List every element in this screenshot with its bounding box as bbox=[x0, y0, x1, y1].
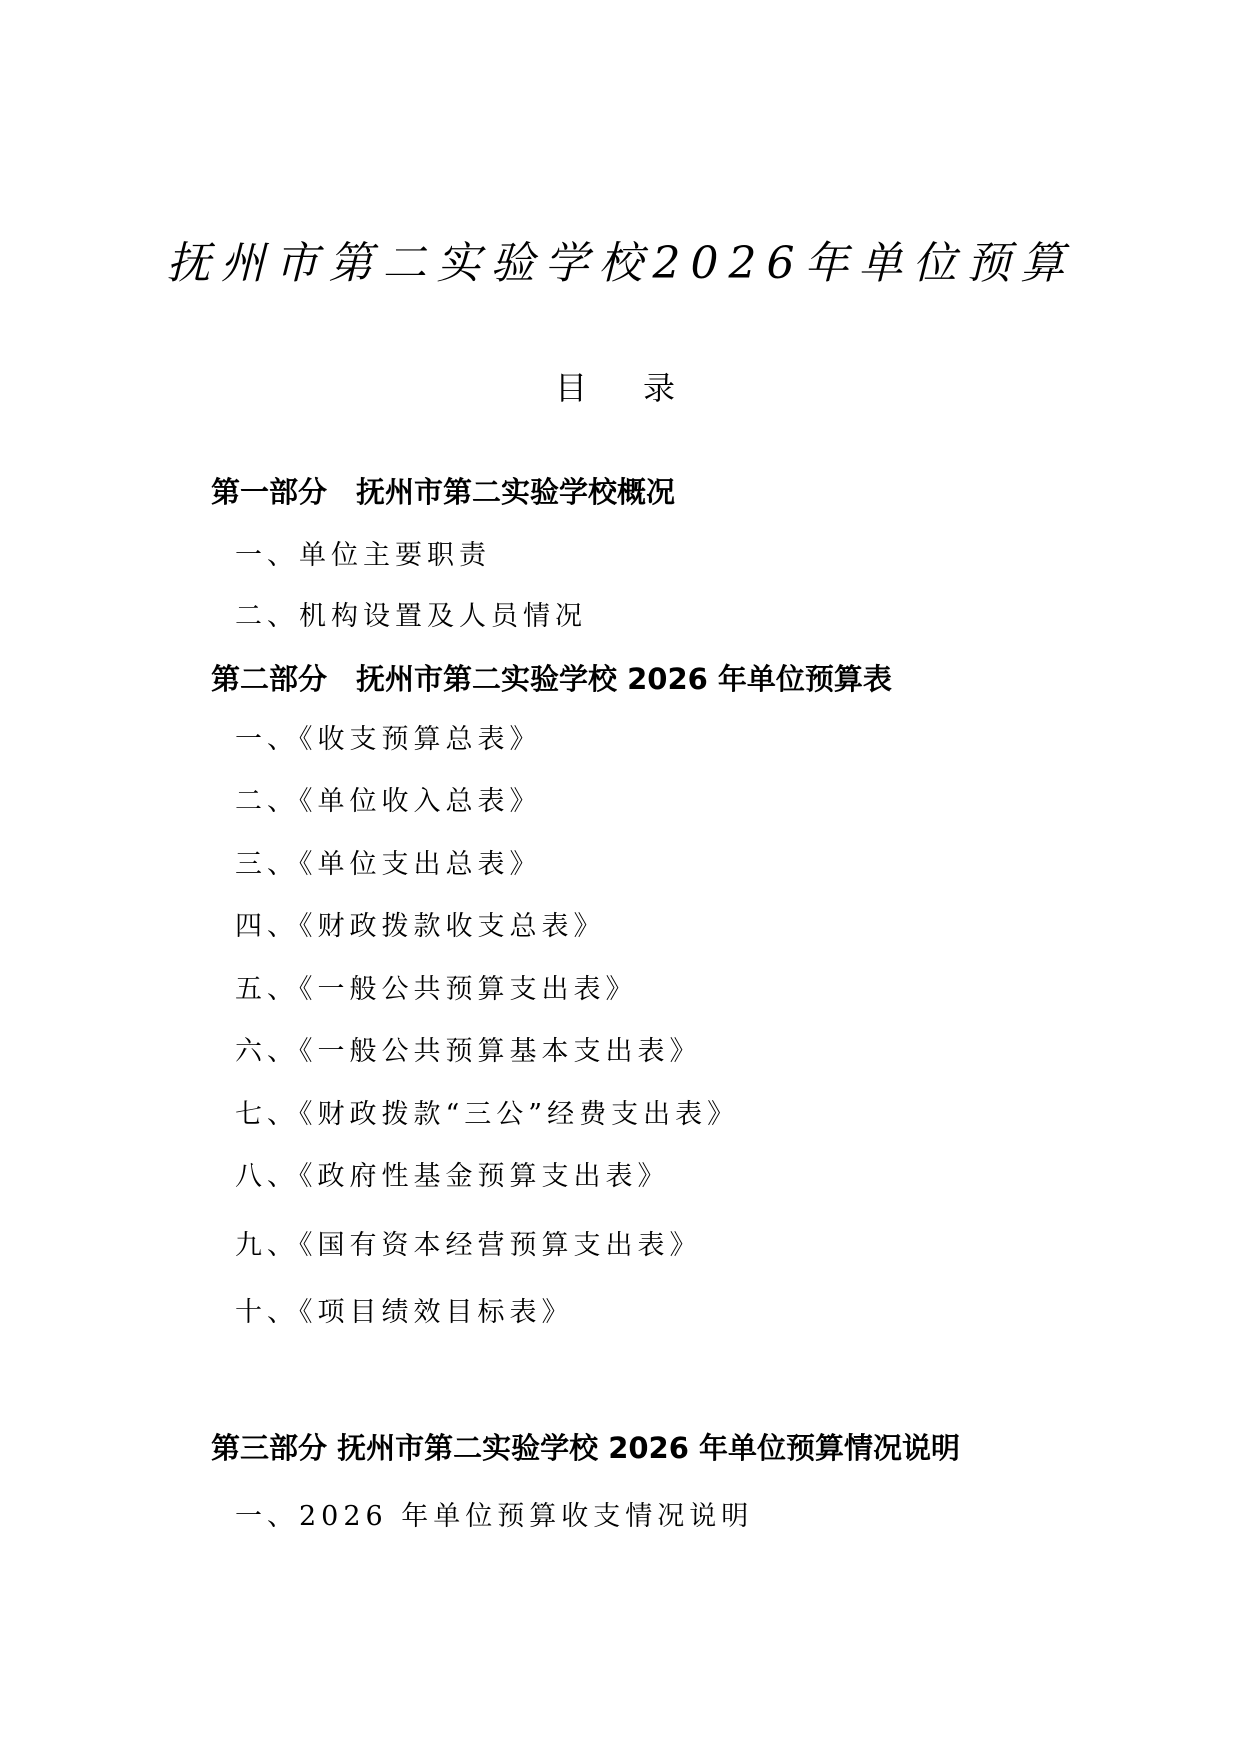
toc-item: 八、《政府性基金预算支出表》 bbox=[235, 1157, 670, 1197]
toc-item: 五、《一般公共预算支出表》 bbox=[235, 970, 638, 1010]
section-heading-part-2: 第二部分 抚州市第二实验学校 2026 年单位预算表 bbox=[211, 659, 892, 699]
toc-item: 一、单位主要职责 bbox=[235, 536, 491, 576]
section-heading-part-3: 第三部分 抚州市第二实验学校 2026 年单位预算情况说明 bbox=[211, 1428, 960, 1468]
toc-item: 一、《收支预算总表》 bbox=[235, 720, 542, 760]
section-heading-part-1: 第一部分 抚州市第二实验学校概况 bbox=[211, 472, 675, 512]
toc-title: 目录 bbox=[555, 368, 731, 408]
toc-item: 三、《单位支出总表》 bbox=[235, 845, 542, 885]
toc-item: 九、《国有资本经营预算支出表》 bbox=[235, 1226, 702, 1266]
toc-item: 七、《财政拨款“三公”经费支出表》 bbox=[235, 1095, 739, 1135]
document-title: 抚州市第二实验学校2026年单位预算 bbox=[0, 236, 1241, 292]
toc-item: 一、2026 年单位预算收支情况说明 bbox=[235, 1497, 753, 1537]
toc-item: 二、《单位收入总表》 bbox=[235, 782, 542, 822]
toc-item: 十、《项目绩效目标表》 bbox=[235, 1293, 574, 1333]
toc-item: 四、《财政拨款收支总表》 bbox=[235, 907, 606, 947]
toc-item: 二、机构设置及人员情况 bbox=[235, 597, 587, 637]
toc-item: 六、《一般公共预算基本支出表》 bbox=[235, 1032, 702, 1072]
